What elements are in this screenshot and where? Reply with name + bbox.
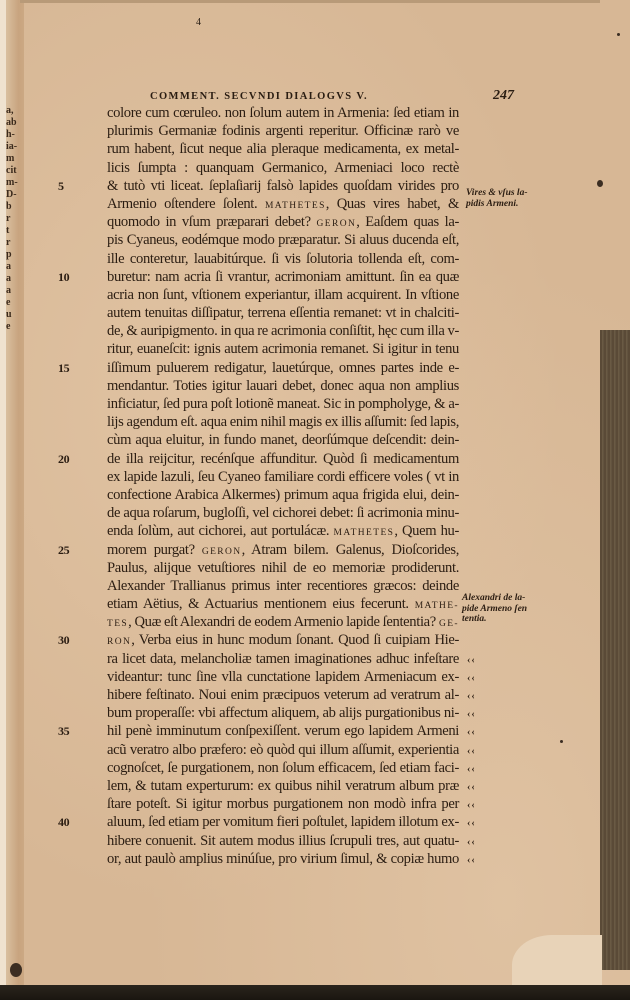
line-text: rum habent, ſicut neque alia pleraque me… — [107, 141, 459, 157]
line-number: 20 — [58, 450, 76, 468]
page-top-edge — [20, 0, 600, 3]
line-number: 30 — [58, 631, 76, 649]
speaker-name: GE- — [439, 619, 459, 629]
ink-stain — [617, 33, 620, 36]
speaker-name: TES — [107, 619, 128, 629]
facing-page-letter: a — [6, 285, 18, 297]
text-line: autem tenuitas diſſipatur, terrena eſſen… — [107, 304, 459, 322]
line-text: TES, Quæ eſt Alexandri de eodem Armenio … — [107, 614, 459, 630]
line-text: licis ſumpta : quanquam Germanico, Armen… — [107, 160, 459, 176]
text-line: quomodo in vſum præparari debet? GERON, … — [107, 213, 459, 231]
text-line: or, aut paulò amplius minúſue, pro viriu… — [107, 850, 459, 868]
line-text: quomodo in vſum præparari debet? GERON, … — [107, 214, 459, 230]
line-number: 25 — [58, 541, 76, 559]
text-line: hibere conuenit. Sit autem modus illius … — [107, 832, 459, 850]
line-text: cognoſcet, ſe purgationem, non ſolum eff… — [107, 760, 459, 776]
bottom-shadow — [0, 985, 630, 1000]
running-head: COMMENT. SECVNDI DIALOGVS V. — [150, 91, 368, 102]
facing-page-letter: D- — [6, 189, 18, 201]
line-text: lijs agendum eſt. aqua enim nihil magis … — [107, 414, 459, 430]
text-line: Armenio oſtendere ſolent. MATHETES, Quas… — [107, 195, 459, 213]
marginal-line: Alexandri de la- — [462, 593, 540, 604]
marginal-note-vires: Vires & vſus la- pidis Armeni. — [466, 188, 544, 209]
text-line: ra licet data, melancholiæ tamen imagina… — [107, 650, 459, 668]
line-text: ra licet data, melancholiæ tamen imagina… — [107, 651, 459, 667]
facing-page-letter: a — [6, 261, 18, 273]
line-text: lem, & tutam experturum: ex quibus nihil… — [107, 778, 459, 794]
facing-page-letter: t — [6, 225, 18, 237]
text-line: cognoſcet, ſe purgationem, non ſolum eff… — [107, 759, 459, 777]
line-text: pis Cyaneus, eodémque modo præparatur. S… — [107, 232, 459, 248]
page-mark: 4 — [196, 17, 201, 28]
text-line: hibere feſtinato. Noui enim præcipuos ve… — [107, 686, 459, 704]
line-text: aluum, ſed etiam per vomitum fieri poſtu… — [107, 814, 459, 830]
quotation-mark: ‹‹ — [467, 724, 476, 742]
facing-page-letters: a,abh-ia-mcitm-D-brtrpaaaeue — [6, 105, 18, 333]
line-text: de aqua roſarum, bugloſſi, vel cichorei … — [107, 505, 459, 521]
text-line: RON, Verba eius in hunc modum ſonant. Qu… — [107, 631, 459, 649]
marginal-line: pidis Armeni. — [466, 199, 544, 210]
marginal-note-alexandri: Alexandri de la- pide Armeno ſen tentia. — [462, 593, 540, 625]
quotation-mark: ‹‹ — [467, 852, 476, 870]
speaker-name: MATHETES — [265, 201, 326, 211]
line-text: de illa reijcitur, recénſque affunditur.… — [107, 451, 459, 467]
line-text: colore cum cœruleo. non ſolum autem in A… — [107, 105, 459, 121]
text-line: mendantur. Toties igitur lauari debet, d… — [107, 377, 459, 395]
text-line: acũ veratro albo præfero: eò quòd qui il… — [107, 741, 459, 759]
line-text: videantur: tunc ſine vlla cunctatione la… — [107, 669, 459, 685]
line-text: mendantur. Toties igitur lauari debet, d… — [107, 378, 459, 394]
facing-page-letter: e — [6, 321, 18, 333]
line-text: ſtare poteſt. Si igitur morbus purgation… — [107, 796, 459, 812]
line-text: acũ veratro albo præfero: eò quòd qui il… — [107, 742, 459, 758]
facing-page-letter: r — [6, 237, 18, 249]
marginal-line: Vires & vſus la- — [466, 188, 544, 199]
facing-page-letter: h- — [6, 129, 18, 141]
facing-page-letter: ia- — [6, 141, 18, 153]
quotation-mark: ‹‹ — [467, 706, 476, 724]
line-text: inficiatur, ſed pura poſt lotionẽ maneat… — [107, 396, 459, 412]
line-text: etiam Aëtius, & Actuarius mentionem eius… — [107, 596, 459, 612]
line-text: enda ſolùm, aut cichorei, aut portulácæ.… — [107, 523, 459, 539]
line-text: confectione Arabica Alkermes) primum aqu… — [107, 487, 459, 503]
text-line: Paulus, alijque vetuſtiores nihil de eo … — [107, 559, 459, 577]
text-line: de, & auripigmento. in qua re acrimonia … — [107, 322, 459, 340]
facing-page-letter: m- — [6, 177, 18, 189]
body-text: colore cum cœruleo. non ſolum autem in A… — [107, 104, 459, 868]
text-line: TES, Quæ eſt Alexandri de eodem Armenio … — [107, 613, 459, 631]
facing-page-letter: m — [6, 153, 18, 165]
text-line: licis ſumpta : quanquam Germanico, Armen… — [107, 159, 459, 177]
page-header: COMMENT. SECVNDI DIALOGVS V. 247 — [150, 88, 520, 104]
text-line: buretur: nam acria ſi vrantur, acrimonia… — [107, 268, 459, 286]
quotation-mark: ‹‹ — [467, 815, 476, 833]
text-line: rum habent, ſicut neque alia pleraque me… — [107, 140, 459, 158]
text-line: plurimis Germaniæ fodinis argenti reperi… — [107, 122, 459, 140]
line-text: Armenio oſtendere ſolent. MATHETES, Quas… — [107, 196, 459, 212]
text-line: acria non ſunt, vſtionem experiantur, il… — [107, 286, 459, 304]
line-text: buretur: nam acria ſi vrantur, acrimonia… — [107, 269, 459, 285]
speaker-name: MATHE- — [415, 601, 459, 611]
line-text: de, & auripigmento. in qua re acrimonia … — [107, 323, 459, 339]
ink-stain — [10, 963, 22, 977]
text-line: bum properaſſe: vbi affectum aliquem, ab… — [107, 704, 459, 722]
facing-page-letter: u — [6, 309, 18, 321]
line-text: plurimis Germaniæ fodinis argenti reperi… — [107, 123, 459, 139]
line-number: 10 — [58, 268, 76, 286]
quotation-mark: ‹‹ — [467, 688, 476, 706]
line-number: 35 — [58, 722, 76, 740]
quotation-mark: ‹‹ — [467, 834, 476, 852]
line-text: or, aut paulò amplius minúſue, pro viriu… — [107, 851, 459, 867]
marginal-line: tentia. — [462, 614, 540, 625]
line-text: acria non ſunt, vſtionem experiantur, il… — [107, 287, 459, 303]
line-number: 15 — [58, 359, 76, 377]
quotation-mark: ‹‹ — [467, 743, 476, 761]
line-text: hil penè imminutum conſpexiſſent. verum … — [107, 723, 459, 739]
text-line: iſſimum puluerem redigatur, lauetúrque, … — [107, 359, 459, 377]
facing-page-letter: e — [6, 297, 18, 309]
speaker-name: MATHETES — [334, 528, 395, 538]
text-line: de illa reijcitur, recénſque affunditur.… — [107, 450, 459, 468]
line-text: iſſimum puluerem redigatur, lauetúrque, … — [107, 360, 459, 376]
line-text: autem tenuitas diſſipatur, terrena eſſen… — [107, 305, 459, 321]
facing-page-letter: b — [6, 201, 18, 213]
marginal-line: pide Armeno ſen — [462, 604, 540, 615]
facing-page-letter: p — [6, 249, 18, 261]
text-line: aluum, ſed etiam per vomitum fieri poſtu… — [107, 813, 459, 831]
text-line: inficiatur, ſed pura poſt lotionẽ maneat… — [107, 395, 459, 413]
text-line: ſtare poteſt. Si igitur morbus purgation… — [107, 795, 459, 813]
line-text: hibere conuenit. Sit autem modus illius … — [107, 833, 459, 849]
facing-page-letter: a — [6, 273, 18, 285]
ink-stain — [560, 740, 563, 743]
quotation-mark: ‹‹ — [467, 670, 476, 688]
speaker-name: RON — [107, 637, 131, 647]
text-line: lijs agendum eſt. aqua enim nihil magis … — [107, 413, 459, 431]
text-line: enda ſolùm, aut cichorei, aut portulácæ.… — [107, 522, 459, 540]
text-line: de aqua roſarum, bugloſſi, vel cichorei … — [107, 504, 459, 522]
line-text: ille conteretur, lauabitúrque. ſi vis ſo… — [107, 251, 459, 267]
line-text: ritur, euaneſcit: ignis autem acrimonia … — [107, 341, 459, 357]
speaker-name: GERON — [202, 547, 242, 557]
text-line: colore cum cœruleo. non ſolum autem in A… — [107, 104, 459, 122]
text-line: etiam Aëtius, & Actuarius mentionem eius… — [107, 595, 459, 613]
quotation-mark: ‹‹ — [467, 761, 476, 779]
facing-page-letter: cit — [6, 165, 18, 177]
line-text: cùm aqua eluitur, in fundo manet, deorſú… — [107, 432, 459, 448]
book-scan-page: a,abh-ia-mcitm-D-brtrpaaaeue 4 COMMENT. … — [0, 0, 630, 1000]
facing-page-letter: a, — [6, 105, 18, 117]
text-line: ille conteretur, lauabitúrque. ſi vis ſo… — [107, 250, 459, 268]
line-text: RON, Verba eius in hunc modum ſonant. Qu… — [107, 632, 459, 648]
text-line: Alexander Trallianus primus inter recent… — [107, 577, 459, 595]
text-line: ritur, euaneſcit: ignis autem acrimonia … — [107, 340, 459, 358]
text-line: lem, & tutam experturum: ex quibus nihil… — [107, 777, 459, 795]
line-text: bum properaſſe: vbi affectum aliquem, ab… — [107, 705, 459, 721]
line-text: ex lapide lazuli, ſeu Cyaneo familiare c… — [107, 469, 459, 485]
facing-page-letter: r — [6, 213, 18, 225]
text-line: pis Cyaneus, eodémque modo præparatur. S… — [107, 231, 459, 249]
text-line: cùm aqua eluitur, in fundo manet, deorſú… — [107, 431, 459, 449]
quotation-mark: ‹‹ — [467, 779, 476, 797]
line-text: Paulus, alijque vetuſtiores nihil de eo … — [107, 560, 459, 576]
speaker-name: GERON — [317, 219, 357, 229]
line-text: hibere feſtinato. Noui enim præcipuos ve… — [107, 687, 459, 703]
page-number: 247 — [493, 88, 514, 104]
ink-stain — [597, 180, 603, 187]
text-line: confectione Arabica Alkermes) primum aqu… — [107, 486, 459, 504]
quotation-mark: ‹‹ — [467, 652, 476, 670]
line-text: & tutò vti liceat. ſeplaſiarij falsò lap… — [107, 178, 459, 194]
line-number: 40 — [58, 813, 76, 831]
book-fore-edge — [600, 330, 630, 970]
text-line: videantur: tunc ſine vlla cunctatione la… — [107, 668, 459, 686]
text-line: & tutò vti liceat. ſeplaſiarij falsò lap… — [107, 177, 459, 195]
text-line: ex lapide lazuli, ſeu Cyaneo familiare c… — [107, 468, 459, 486]
text-line: morem purgat? GERON, Atram bilem. Galenu… — [107, 541, 459, 559]
line-text: morem purgat? GERON, Atram bilem. Galenu… — [107, 542, 459, 558]
facing-page-letter: ab — [6, 117, 18, 129]
line-number: 5 — [58, 177, 76, 195]
text-line: hil penè imminutum conſpexiſſent. verum … — [107, 722, 459, 740]
line-text: Alexander Trallianus primus inter recent… — [107, 578, 459, 594]
quotation-mark: ‹‹ — [467, 797, 476, 815]
